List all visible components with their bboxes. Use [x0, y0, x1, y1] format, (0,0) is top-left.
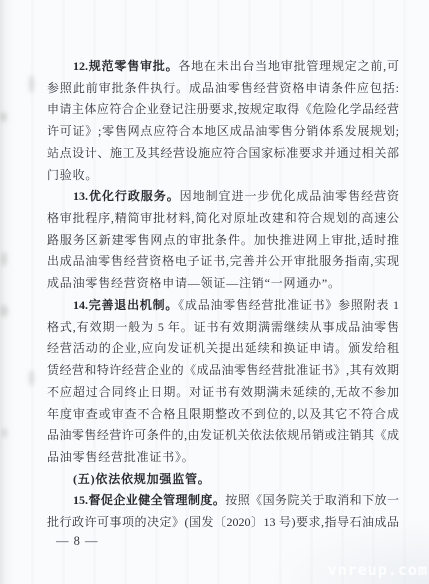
paragraph-number-label: 15.督促企业健全管理制度。: [73, 493, 225, 507]
text-line: 成品油零售经营资格申请—领证—注销“一网通办”。: [47, 273, 399, 295]
line-text: 品油零售经营许可条件的,由发证机关依法依规吊销或注销其《成: [47, 428, 399, 442]
text-line: 品油零售经营批准证书》。: [47, 447, 399, 469]
section-heading: (五)依法依规加强监管。: [47, 469, 399, 491]
text-line: 出成品油零售经营资格电子证书,完善并公开审批服务指南,实现: [47, 251, 399, 273]
line-text: 格式,有效期一般为 5 年。证书有效期满需继续从事成品油零售: [47, 320, 399, 334]
line-text: 年度审查或审查不合格且限期整改不到位的,以及其它不符合成: [47, 407, 399, 421]
line-text: 成品油零售经营资格申请—领证—注销“一网通办”。: [47, 276, 341, 290]
line-text: 按照《国务院关于取消和下放一: [225, 493, 399, 507]
text-line: 经营活动的企业,应向发证机关提出延续和换证申请。颁发给租: [47, 338, 399, 360]
text-line: 路服务区新建零售网点的审批条件。加快推进网上审批,适时推: [47, 230, 399, 252]
text-line: 申请主体应符合企业登记注册要求,按规定取得《危险化学品经营: [47, 99, 399, 121]
text-line: 站点设计、施工及其经营设施应符合国家标准要求并通过相关部: [47, 143, 399, 165]
text-line: 15.督促企业健全管理制度。按照《国务院关于取消和下放一: [47, 490, 399, 512]
text-line: 14.完善退出机制。《成品油零售经营批准证书》参照附表 1: [47, 295, 399, 317]
line-text: 门验收。: [47, 168, 98, 182]
scan-smudge: [0, 112, 7, 122]
text-line: 参照此前审批条件执行。成品油零售经营资格申请条件应包括:: [47, 78, 399, 100]
text-line: 格审批程序,精简审批材料,简化对原址改建和符合规划的高速公: [47, 208, 399, 230]
text-line: 许可证》;零售网点应符合本地区成品油零售分销体系发展规划;: [47, 121, 399, 143]
watermark: vnreup.com: [328, 561, 428, 579]
line-text: 格审批程序,精简审批材料,简化对原址改建和符合规划的高速公: [47, 211, 399, 225]
page-number: — 8 —: [56, 533, 99, 549]
line-text: 批行政许可事项的决定》(国发〔2020〕13 号)要求,指导石油成品: [47, 515, 399, 529]
paragraph-number-label: 14.完善退出机制。: [73, 298, 178, 312]
text-line: 赁经营和特许经营企业的《成品油零售经营批准证书》,其有效期: [47, 360, 399, 382]
text-line: 13.优化行政服务。因地制宜进一步优化成品油零售经营资: [47, 186, 399, 208]
line-text: 许可证》;零售网点应符合本地区成品油零售分销体系发展规划;: [47, 124, 399, 138]
line-text: 经营活动的企业,应向发证机关提出延续和换证申请。颁发给租: [47, 341, 399, 355]
text-line: 门验收。: [47, 165, 399, 187]
scan-smudge: [29, 370, 34, 386]
text-line: 格式,有效期一般为 5 年。证书有效期满需继续从事成品油零售: [47, 317, 399, 339]
line-text: 各地在未出台当地审批管理规定之前,可: [178, 59, 399, 73]
line-text: 不应超过合同终止日期。对证书有效期满未延续的,无故不参加: [47, 385, 399, 399]
line-text: 品油零售经营批准证书》。: [47, 450, 195, 464]
document-body: 12.规范零售审批。各地在未出台当地审批管理规定之前,可 参照此前审批条件执行。…: [47, 56, 399, 534]
scan-smudge: [0, 305, 8, 317]
text-line: 12.规范零售审批。各地在未出台当地审批管理规定之前,可: [47, 56, 399, 78]
paragraph-number-label: 12.规范零售审批。: [73, 59, 178, 73]
line-text: 因地制宜进一步优化成品油零售经营资: [180, 189, 399, 203]
line-text: 参照此前审批条件执行。成品油零售经营资格申请条件应包括:: [47, 81, 399, 95]
line-text: 站点设计、施工及其经营设施应符合国家标准要求并通过相关部: [47, 146, 399, 160]
text-line: 年度审查或审查不合格且限期整改不到位的,以及其它不符合成: [47, 404, 399, 426]
text-line: 批行政许可事项的决定》(国发〔2020〕13 号)要求,指导石油成品: [47, 512, 399, 534]
line-text: 赁经营和特许经营企业的《成品油零售经营批准证书》,其有效期: [47, 363, 399, 377]
text-line: 品油零售经营许可条件的,由发证机关依法依规吊销或注销其《成: [47, 425, 399, 447]
line-text: 申请主体应符合企业登记注册要求,按规定取得《危险化学品经营: [47, 102, 399, 116]
line-text: 路服务区新建零售网点的审批条件。加快推进网上审批,适时推: [47, 233, 399, 247]
scanned-document-page: 12.规范零售审批。各地在未出台当地审批管理规定之前,可 参照此前审批条件执行。…: [0, 0, 429, 584]
line-text: 出成品油零售经营资格电子证书,完善并公开审批服务指南,实现: [47, 254, 399, 268]
text-line: 不应超过合同终止日期。对证书有效期满未延续的,无故不参加: [47, 382, 399, 404]
paragraph-number-label: 13.优化行政服务。: [73, 189, 180, 203]
scan-smudge: [2, 428, 7, 438]
scan-smudge: [29, 75, 34, 93]
scan-smudge: [1, 252, 7, 266]
section-heading-label: (五)依法依规加强监管。: [73, 472, 211, 486]
line-text: 《成品油零售经营批准证书》参照附表 1: [178, 298, 399, 312]
